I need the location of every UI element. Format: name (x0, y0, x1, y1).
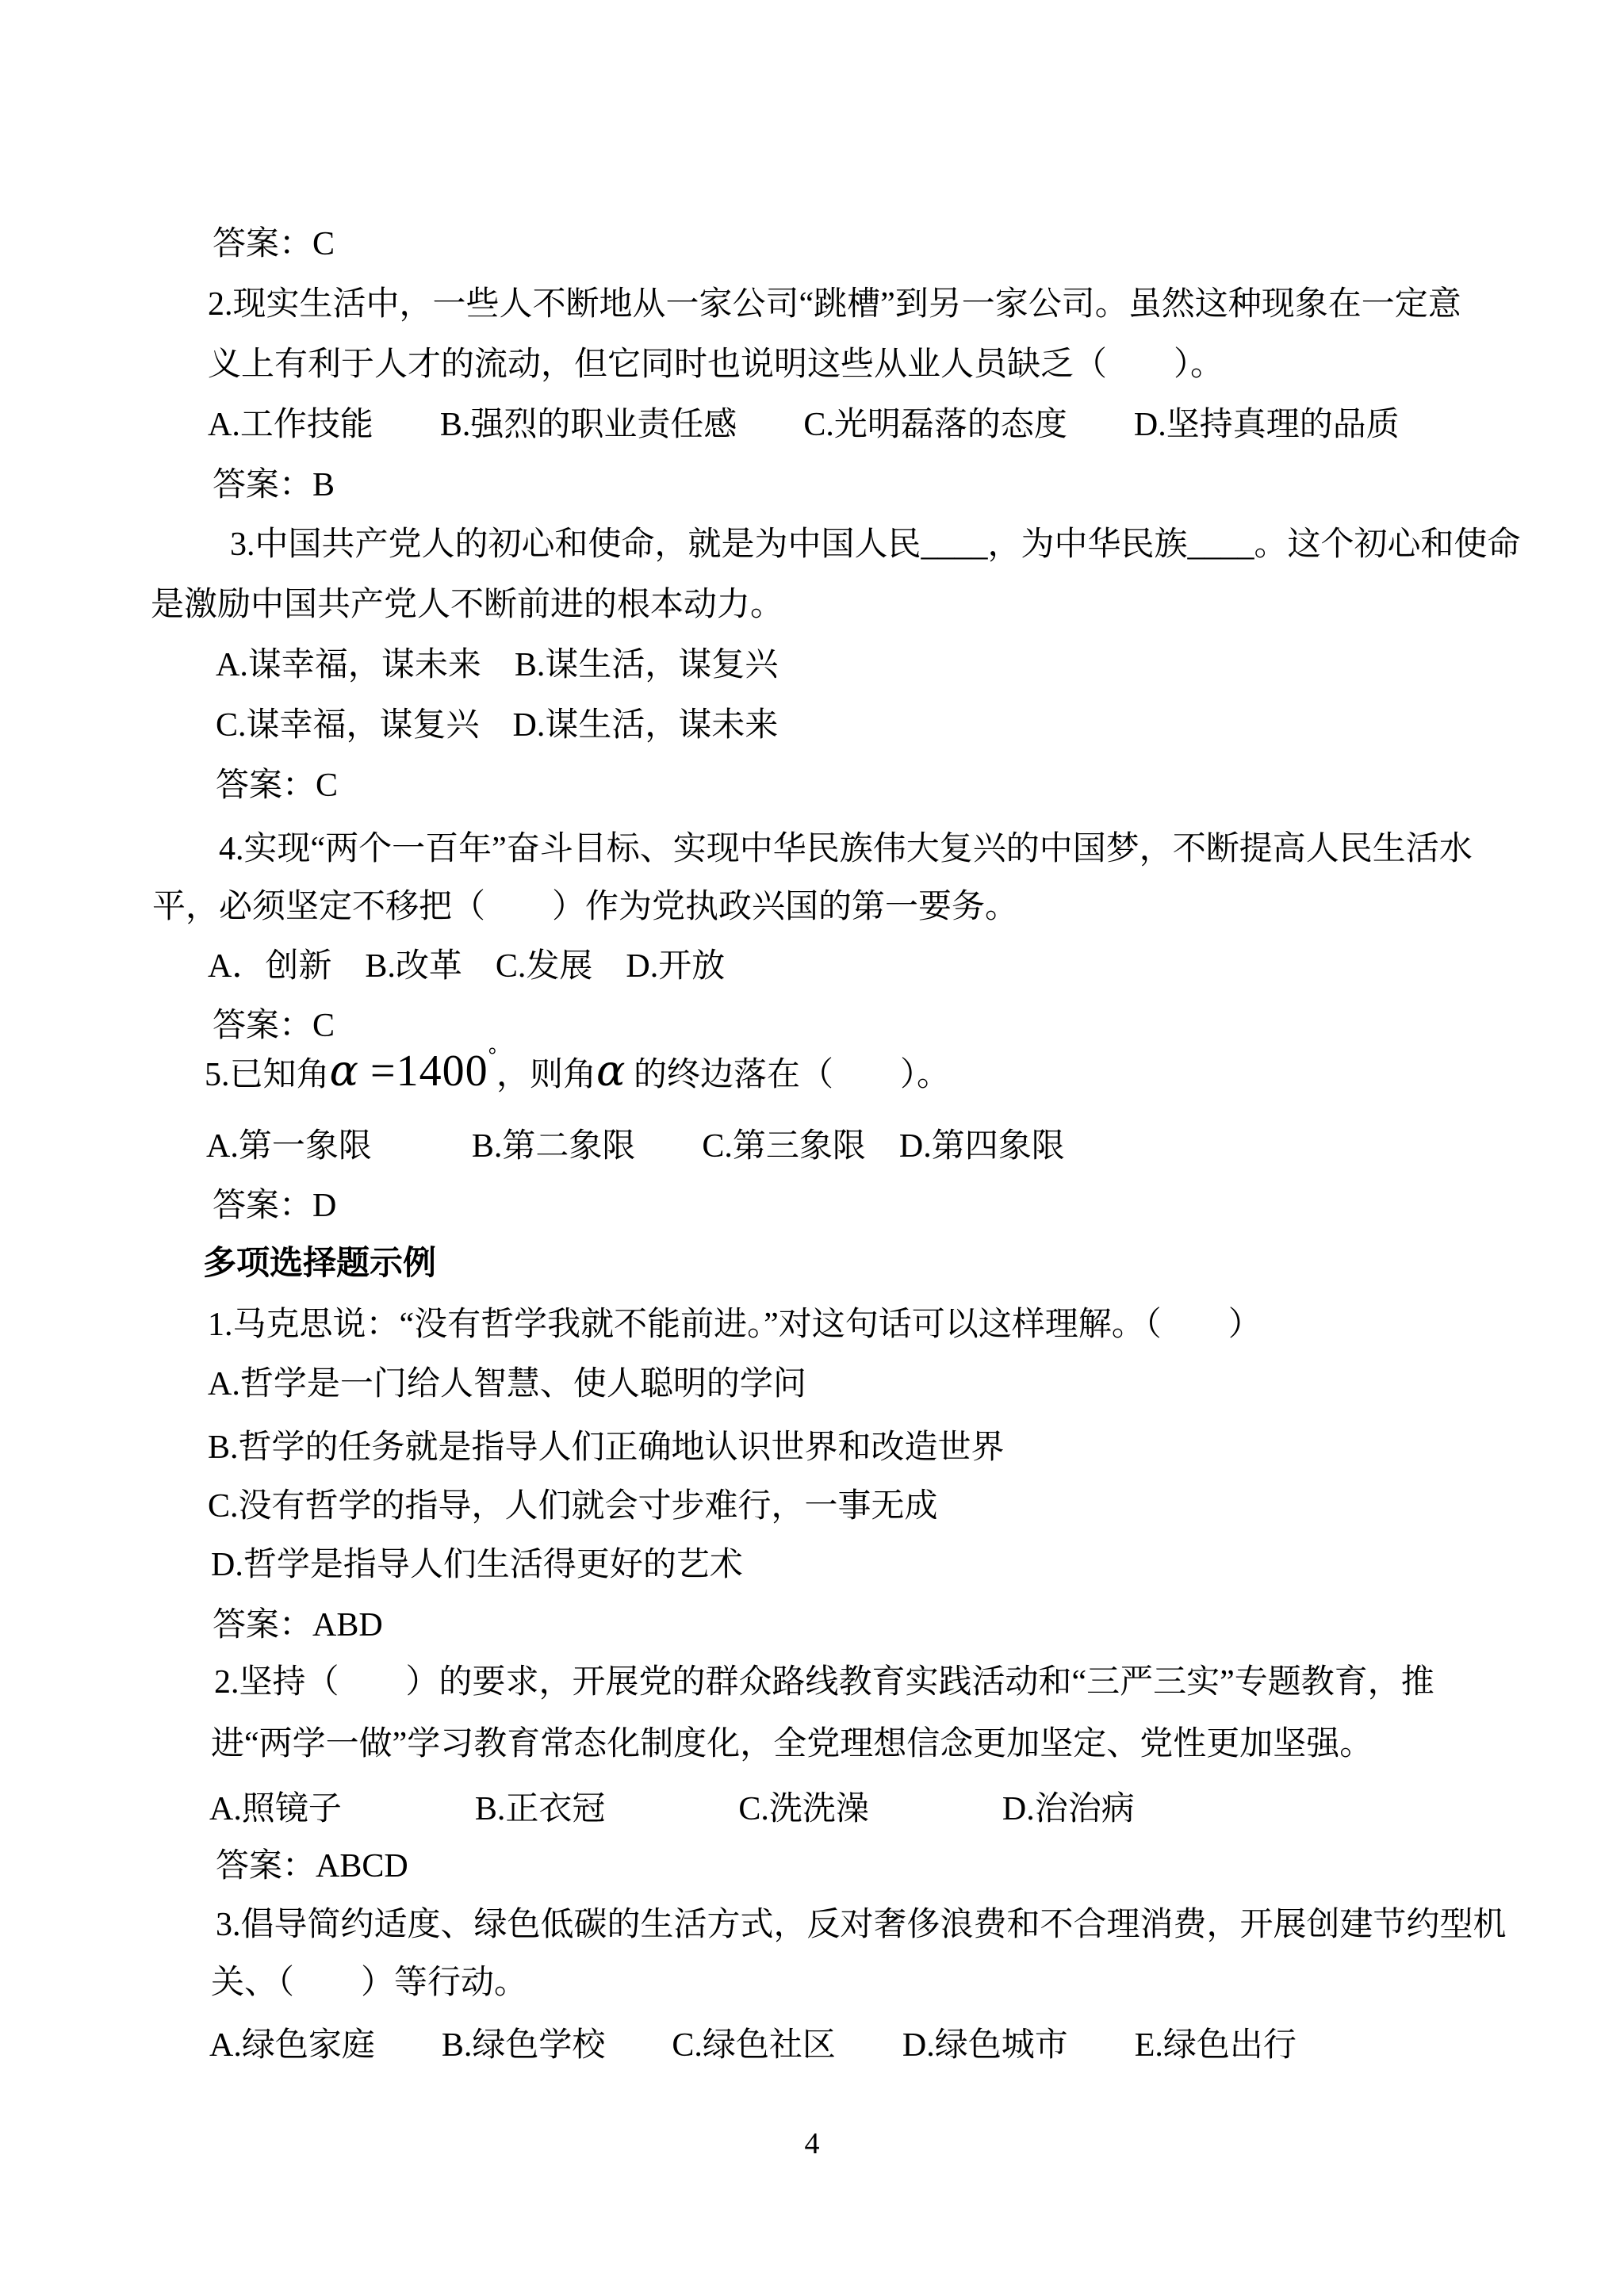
text-run: 3.倡导简约适度、绿色低碳的生活方式，反对奢侈浪费和不合理消费，开展创建节约型机 (216, 1907, 1507, 1943)
line-options: B.哲学的任务就是指导人们正确地认识世界和改造世界 (208, 1427, 1005, 1468)
text-run: C.谋幸福，谋复兴 D.谋生活，谋未来 (216, 707, 778, 744)
line-options: A.哲学是一门给人智慧、使人聪明的学问 (208, 1364, 806, 1405)
line-question: 2.现实生活中，一些人不断地从一家公司“跳槽”到另一家公司。虽然这种现象在一定意 (208, 284, 1461, 325)
text-run: C.没有哲学的指导，人们就会寸步难行，一事无成 (208, 1488, 938, 1525)
text-run: 关、（ ）等行动。 (211, 1965, 527, 2001)
text-run: A.工作技能 B.强烈的职业责任感 C.光明磊落的态度 D.坚持真理的品质 (208, 407, 1400, 443)
line-answer: 答案：C (216, 765, 338, 806)
line-continuation: 是激励中国共产党人不断前进的根本动力。 (151, 584, 783, 626)
text-run: A.哲学是一门给人智慧、使人聪明的学问 (208, 1366, 806, 1402)
text-run: A.谋幸福，谋未来 B.谋生活，谋复兴 (216, 647, 778, 683)
line-options: A．创新 B.改革 C.发展 D.开放 (208, 946, 725, 987)
alpha-symbol: α (596, 1046, 625, 1096)
line-question: 3.倡导简约适度、绿色低碳的生活方式，反对奢侈浪费和不合理消费，开展创建节约型机 (216, 1904, 1507, 1946)
text-run: 1.马克思说：“没有哲学我就不能前进。”对这句话可以这样理解。（ ） (208, 1307, 1262, 1343)
line-options: A.绿色家庭 B.绿色学校 C.绿色社区 D.绿色城市 E.绿色出行 (209, 2025, 1297, 2066)
alpha-symbol: α (330, 1046, 358, 1096)
line-answer: 答案：B (213, 465, 335, 506)
question-text: 的终边落在（ ）。 (625, 1057, 950, 1093)
text-run: 答案：ABCD (216, 1848, 408, 1885)
text-run: 平，必须坚定不移把（ ）作为党执政兴国的第一要务。 (152, 889, 1018, 925)
text-run: 2.坚持（ ）的要求，开展党的群众路线教育实践活动和“三严三实”专题教育，推 (214, 1664, 1434, 1701)
text-run: A．创新 B.改革 C.发展 D.开放 (208, 948, 725, 985)
line-question: 2.坚持（ ）的要求，开展党的群众路线教育实践活动和“三严三实”专题教育，推 (214, 1662, 1434, 1703)
line-continuation: 关、（ ）等行动。 (211, 1962, 527, 2003)
line-answer: 答案：D (213, 1185, 336, 1226)
text-run: 答案：C (213, 226, 335, 262)
line-question: 4.实现“两个一百年”奋斗目标、实现中华民族伟大复兴的中国梦，不断提高人民生活水 (219, 828, 1473, 870)
line-options: A.工作技能 B.强烈的职业责任感 C.光明磊落的态度 D.坚持真理的品质 (208, 404, 1400, 446)
line-answer: 答案：C (213, 224, 335, 265)
line-options: C.没有哲学的指导，人们就会寸步难行，一事无成 (208, 1486, 938, 1527)
line-options: A.照镜子 B.正衣冠 C.洗洗澡 D.治治病 (209, 1789, 1135, 1830)
text-run: 多项选择题示例 (203, 1246, 436, 1282)
text-run: A.第一象限 B.第二象限 C.第三象限 D.第四象限 (206, 1128, 1065, 1165)
text-run: A.照镜子 B.正衣冠 C.洗洗澡 D.治治病 (209, 1791, 1135, 1827)
text-run: 3.中国共产党人的初心和使命，就是为中国人民____，为中华民族____。这个初… (230, 526, 1521, 563)
text-run: 答案：B (213, 467, 335, 503)
question-text: ，则角 (496, 1057, 596, 1093)
line-options: D.哲学是指导人们生活得更好的艺术 (211, 1544, 743, 1586)
document-page: 答案：C2.现实生活中，一些人不断地从一家公司“跳槽”到另一家公司。虽然这种现象… (0, 0, 1624, 2296)
text-run: 2.现实生活中，一些人不断地从一家公司“跳槽”到另一家公司。虽然这种现象在一定意 (208, 286, 1461, 323)
line-question: 1.马克思说：“没有哲学我就不能前进。”对这句话可以这样理解。（ ） (208, 1304, 1262, 1345)
degree-symbol: ° (488, 1043, 496, 1066)
line-question: 3.中国共产党人的初心和使命，就是为中国人民____，为中华民族____。这个初… (230, 524, 1521, 565)
angle-value: =1400 (358, 1047, 488, 1096)
line-continuation: 进“两学一做”学习教育常态化制度化，全党理想信念更加坚定、党性更加坚强。 (211, 1724, 1373, 1765)
question-text: 5.已知角 (205, 1057, 330, 1093)
text-run: 义上有利于人才的流动，但它同时也说明这些从业人员缺乏（ ）。 (208, 346, 1224, 383)
line-options: A.谋幸福，谋未来 B.谋生活，谋复兴 (216, 645, 778, 686)
line-answer: 答案：ABD (213, 1605, 383, 1646)
text-run: B.哲学的任务就是指导人们正确地认识世界和改造世界 (208, 1429, 1005, 1466)
text-run: 4.实现“两个一百年”奋斗目标、实现中华民族伟大复兴的中国梦，不断提高人民生活水 (219, 831, 1473, 867)
line-continuation: 义上有利于人才的流动，但它同时也说明这些从业人员缺乏（ ）。 (208, 344, 1224, 385)
text-run: 答案：D (213, 1188, 336, 1224)
text-run: 是激励中国共产党人不断前进的根本动力。 (151, 587, 783, 623)
line-formula-question: 5.已知角α =1400°，则角α 的终边落在（ ）。 (205, 1054, 950, 1096)
line-answer: 答案：C (213, 1005, 335, 1047)
line-heading: 多项选择题示例 (203, 1243, 436, 1284)
line-options: A.第一象限 B.第二象限 C.第三象限 D.第四象限 (206, 1126, 1065, 1167)
text-run: A.绿色家庭 B.绿色学校 C.绿色社区 D.绿色城市 E.绿色出行 (209, 2027, 1297, 2064)
line-options: C.谋幸福，谋复兴 D.谋生活，谋未来 (216, 705, 778, 746)
text-run: 进“两学一做”学习教育常态化制度化，全党理想信念更加坚定、党性更加坚强。 (211, 1726, 1373, 1762)
text-run: 答案：ABD (213, 1607, 383, 1644)
page-number: 4 (0, 2126, 1624, 2161)
text-run: 答案：C (216, 767, 338, 804)
line-answer: 答案：ABCD (216, 1846, 408, 1887)
line-continuation: 平，必须坚定不移把（ ）作为党执政兴国的第一要务。 (152, 886, 1018, 928)
text-run: D.哲学是指导人们生活得更好的艺术 (211, 1547, 743, 1583)
text-run: 答案：C (213, 1008, 335, 1044)
